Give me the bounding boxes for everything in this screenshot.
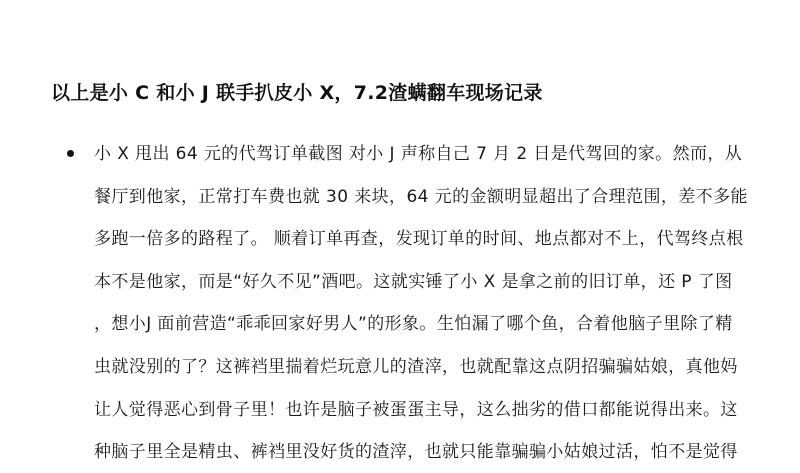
list-item: 小 X 甩出 64 元的代驾订单截图 对小 J 声称自己 7 月 2 日是代驾回… <box>56 140 748 473</box>
paragraph-line-1: 小 X 甩出 64 元的代驾订单截图 对小 J 声称自己 7 月 2 日是代驾回… <box>94 140 748 183</box>
paragraph-line-6: 虫就没别的了？这裤裆里揣着烂玩意儿的渣滓，也就配靠这点阴招骗骗姑娘，真他妈 <box>94 353 748 396</box>
bullet-dot-icon <box>67 150 74 157</box>
paragraph-line-5: ，想小J 面前营造“乖乖回家好男人”的形象。生怕漏了哪个鱼，合着他脑子里除了精 <box>94 310 748 353</box>
article-heading: 以上是小 C 和小 J 联手扒皮小 X，7.2渣螨翻车现场记录 <box>51 78 543 105</box>
paragraph-line-7: 让人觉得恶心到骨子里！也许是脑子被蛋蛋主导，这么拙劣的借口都能说得出来。这 <box>94 396 748 439</box>
paragraph-line-4: 本不是他家，而是“好久不见”酒吧。这就实锤了小 X 是拿之前的旧订单，还 P 了… <box>94 268 748 311</box>
bullet-list: 小 X 甩出 64 元的代驾订单截图 对小 J 声称自己 7 月 2 日是代驾回… <box>56 140 748 473</box>
paragraph-line-3: 多跑一倍多的路程了。 顺着订单再查，发现订单的时间、地点都对不上，代驾终点根 <box>94 225 748 268</box>
article: 以上是小 C 和小 J 联手扒皮小 X，7.2渣螨翻车现场记录 小 X 甩出 6… <box>0 0 800 473</box>
paragraph-line-8: 种脑子里全是精虫、裤裆里没好货的渣滓，也就只能靠骗骗小姑娘过活，怕不是觉得 <box>94 438 748 473</box>
paragraph-line-2: 餐厅到他家，正常打车费也就 30 来块，64 元的金额明显超出了合理范围，差不多… <box>94 183 748 226</box>
